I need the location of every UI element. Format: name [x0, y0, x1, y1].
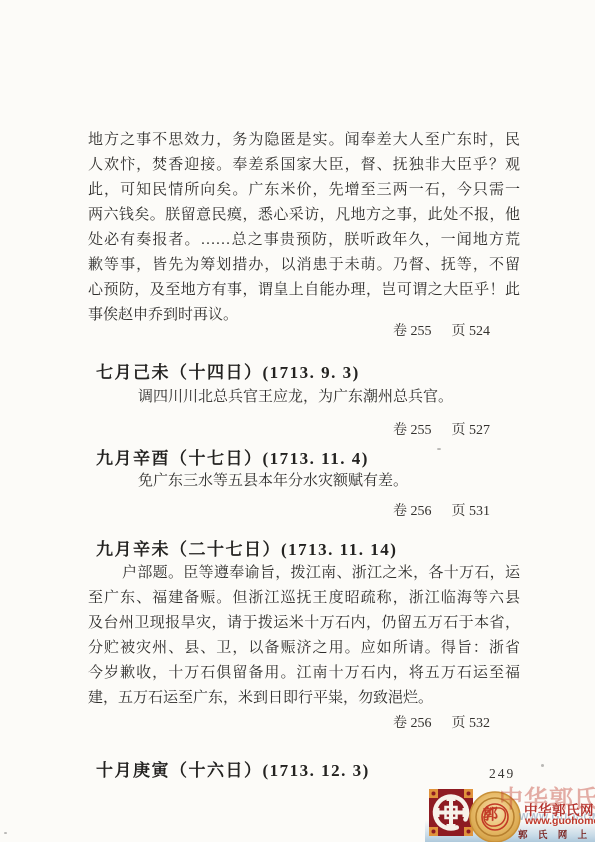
seal-character: 郭 — [483, 803, 498, 824]
reference-page: 页 532 — [452, 716, 491, 731]
entry-heading: 九月辛酉（十七日）(1713. 11. 4) — [96, 444, 369, 469]
source-reference: 卷 255页 524 — [393, 320, 490, 340]
text-line: 歉等事，皆先为筹划措办，以消患于未萌。乃督、抚等，不留 — [88, 253, 520, 278]
text-line: 两六钱矣。朕留意民瘼，悉心采访，凡地方之事，此处不报，他 — [88, 203, 520, 228]
entry-body: 免广东三水等五县本年分水灾额赋有差。 — [138, 470, 408, 492]
text-line: 今岁歉收，十万石俱留备用。江南十万石内，将五万石运至福 — [88, 661, 520, 686]
text-line: 人欢忭，焚香迎接。奉差系国家大臣，督、抚独非大臣乎？观 — [88, 153, 520, 178]
reference-volume: 卷 256 — [393, 504, 432, 519]
source-reference: 卷 255页 527 — [393, 419, 490, 439]
scan-speck — [437, 448, 441, 450]
source-reference: 卷 256页 532 — [393, 712, 490, 732]
text-line: 地方之事不思效力，务为隐匿是实。闻奉差大人至广东时，民 — [88, 128, 520, 153]
text-line: 心预防，及至地方有事，谓皇上自能办理，岂可谓之大臣乎！此 — [88, 278, 520, 303]
text-line: 处必有奏报者。……总之事贵预防，朕听政年久，一闻地方荒 — [88, 228, 520, 253]
text-line: 及台州卫现报旱灾，请于拨运米十万石内，仍留五万石于本省， — [88, 611, 520, 636]
page-number: 249 — [489, 766, 515, 782]
guo-clan-stamp-icon — [429, 789, 473, 836]
reference-volume: 卷 255 — [393, 423, 432, 438]
watermark-url: www.guohome.org — [525, 815, 595, 827]
text-line: 分贮被灾州、县、卫，以备赈济之用。应如所请。得旨：浙省 — [88, 636, 520, 661]
book-page-scan: 地方之事不思效力，务为隐匿是实。闻奉差大人至广东时，民 人欢忭，焚香迎接。奉差系… — [0, 0, 595, 842]
entry-heading: 十月庚寅（十六日）(1713. 12. 3) — [96, 756, 370, 781]
text-line: 建，五万石运至广东，米到日即行平粜，勿致浥烂。 — [88, 686, 520, 711]
entry-body: 调四川川北总兵官王应龙，为广东潮州总兵官。 — [138, 386, 453, 408]
entry-heading: 七月己未（十四日）(1713. 9. 3) — [96, 358, 360, 383]
reference-volume: 卷 255 — [393, 324, 432, 339]
text-line: 户部题。臣等遵奉谕旨，拨江南、浙江之米，各十万石，运 — [88, 561, 520, 586]
paragraph-continuation: 地方之事不思效力，务为隐匿是实。闻奉差大人至广东时，民 人欢忭，焚香迎接。奉差系… — [88, 128, 520, 328]
watermark: 郭 中华郭氏网 中华郭氏网 WWW.GUOHOME.ORG www.guohom… — [425, 783, 595, 842]
text-line: 至广东、福建备赈。但浙江巡抚王度昭疏称，浙江临海等六县 — [88, 586, 520, 611]
entry-heading: 九月辛未（二十七日）(1713. 11. 14) — [96, 535, 397, 560]
reference-volume: 卷 256 — [393, 716, 432, 731]
entry-paragraph: 户部题。臣等遵奉谕旨，拨江南、浙江之米，各十万石，运 至广东、福建备赈。但浙江巡… — [88, 561, 520, 711]
scan-speck — [4, 832, 7, 834]
source-reference: 卷 256页 531 — [393, 500, 490, 520]
scan-speck — [541, 764, 544, 767]
watermark-tagline: 郭 氏 网 上 家 园 — [518, 827, 595, 841]
reference-page: 页 531 — [452, 504, 491, 519]
reference-page: 页 527 — [452, 423, 491, 438]
text-line: 此，可知民情所向矣。广东米价，先增至三两一石，今只需一 — [88, 178, 520, 203]
reference-page: 页 524 — [452, 324, 491, 339]
